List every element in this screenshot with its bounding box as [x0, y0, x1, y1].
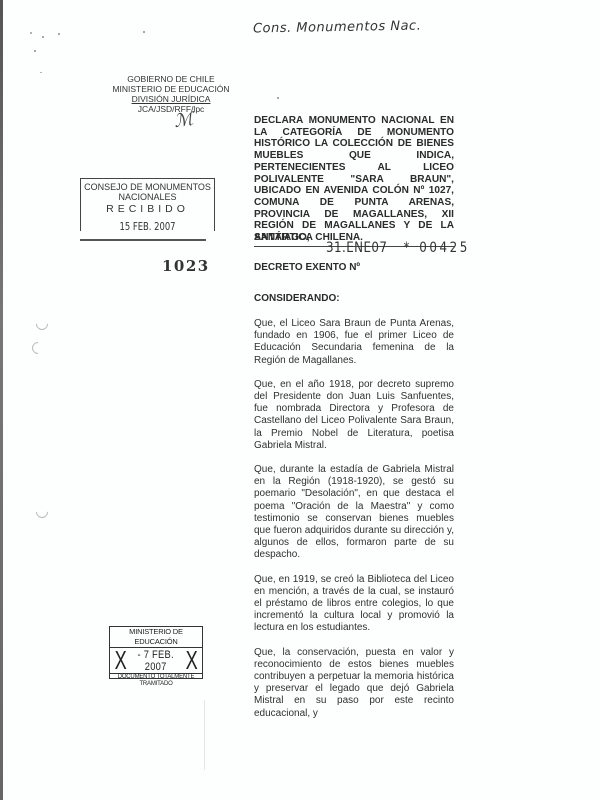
stamp-underline [80, 239, 206, 241]
punch-hole-mark [30, 340, 47, 357]
stamp-consejo-status: RECIBIDO [81, 203, 214, 215]
decree-label: DECRETO EXENTO Nº [254, 262, 360, 273]
scan-speck [40, 72, 42, 73]
decree-title: DECLARA MONUMENTO NACIONAL EN LA CATEGOR… [254, 115, 454, 247]
stamp-consejo-monumentos: CONSEJO DE MONUMENTOS NACIONALES RECIBID… [80, 178, 215, 231]
scan-speck [42, 36, 44, 38]
stamp-consejo-line2: NACIONALES [81, 192, 214, 202]
place-label: SANTIAGO, [254, 232, 310, 243]
stamp-consejo-line1: CONSEJO DE MONUMENTOS [81, 182, 214, 192]
paragraph: Que, en el año 1918, por decreto supremo… [254, 379, 454, 452]
punch-hole-mark [34, 316, 51, 333]
stamp-separator: * [404, 240, 410, 256]
scan-speck [143, 31, 145, 33]
paragraph: Que, en 1919, se creó la Biblioteca del … [254, 574, 454, 635]
scan-edge [0, 0, 3, 800]
stamp-date: 31.ENE07 [326, 240, 387, 256]
stamp-ministerio-body: X - 7 FEB. 2007 X [110, 648, 202, 674]
date-number-stamp: 31.ENE07 * 00425 [326, 240, 470, 256]
scan-speck [30, 32, 32, 34]
punch-hole-mark [34, 504, 51, 521]
stamp-ministerio-educacion: MINISTERIO DE EDUCACIÓN X - 7 FEB. 2007 … [109, 626, 203, 679]
scan-speck [58, 33, 60, 35]
stamp-ministerio-date: - 7 FEB. 2007 [133, 649, 178, 673]
decree-number: 00425 [419, 240, 470, 256]
stamp-consejo-date: 15 FEB. 2007 [91, 220, 204, 233]
letterhead: GOBIERNO DE CHILE MINISTERIO DE EDUCACIÓ… [106, 74, 236, 114]
letterhead-division: DIVISIÓN JURÍDICA [106, 94, 236, 104]
stamp-ministerio-footer: DOCUMENTO TOTALMENTE TRAMITADO [110, 674, 202, 687]
scan-speck [277, 97, 279, 99]
letterhead-government: GOBIERNO DE CHILE [106, 74, 236, 84]
letterhead-ministry: MINISTERIO DE EDUCACIÓN [106, 84, 236, 94]
paragraph: Que, durante la estadía de Gabriela Mist… [254, 464, 454, 562]
handwritten-note: Cons. Monumentos Nac. [253, 19, 422, 37]
scan-artifact-line [204, 700, 205, 770]
stamp-footer-line2: TRAMITADO [110, 681, 202, 688]
paragraph: Que, la conservación, puesta en valor y … [254, 647, 454, 720]
x-mark-icon: X [185, 648, 197, 673]
letterhead-initials: JCA/JSD/RFF/lpc [106, 104, 236, 114]
x-mark-icon: X [115, 648, 127, 673]
registry-number: 1023 [162, 257, 210, 275]
considerando-body: Que, el Liceo Sara Braun de Punta Arenas… [254, 318, 454, 732]
considerando-heading: CONSIDERANDO: [254, 293, 340, 304]
scan-speck [34, 50, 36, 52]
paragraph: Que, el Liceo Sara Braun de Punta Arenas… [254, 318, 454, 367]
signature-mark: ℳ [173, 109, 195, 132]
